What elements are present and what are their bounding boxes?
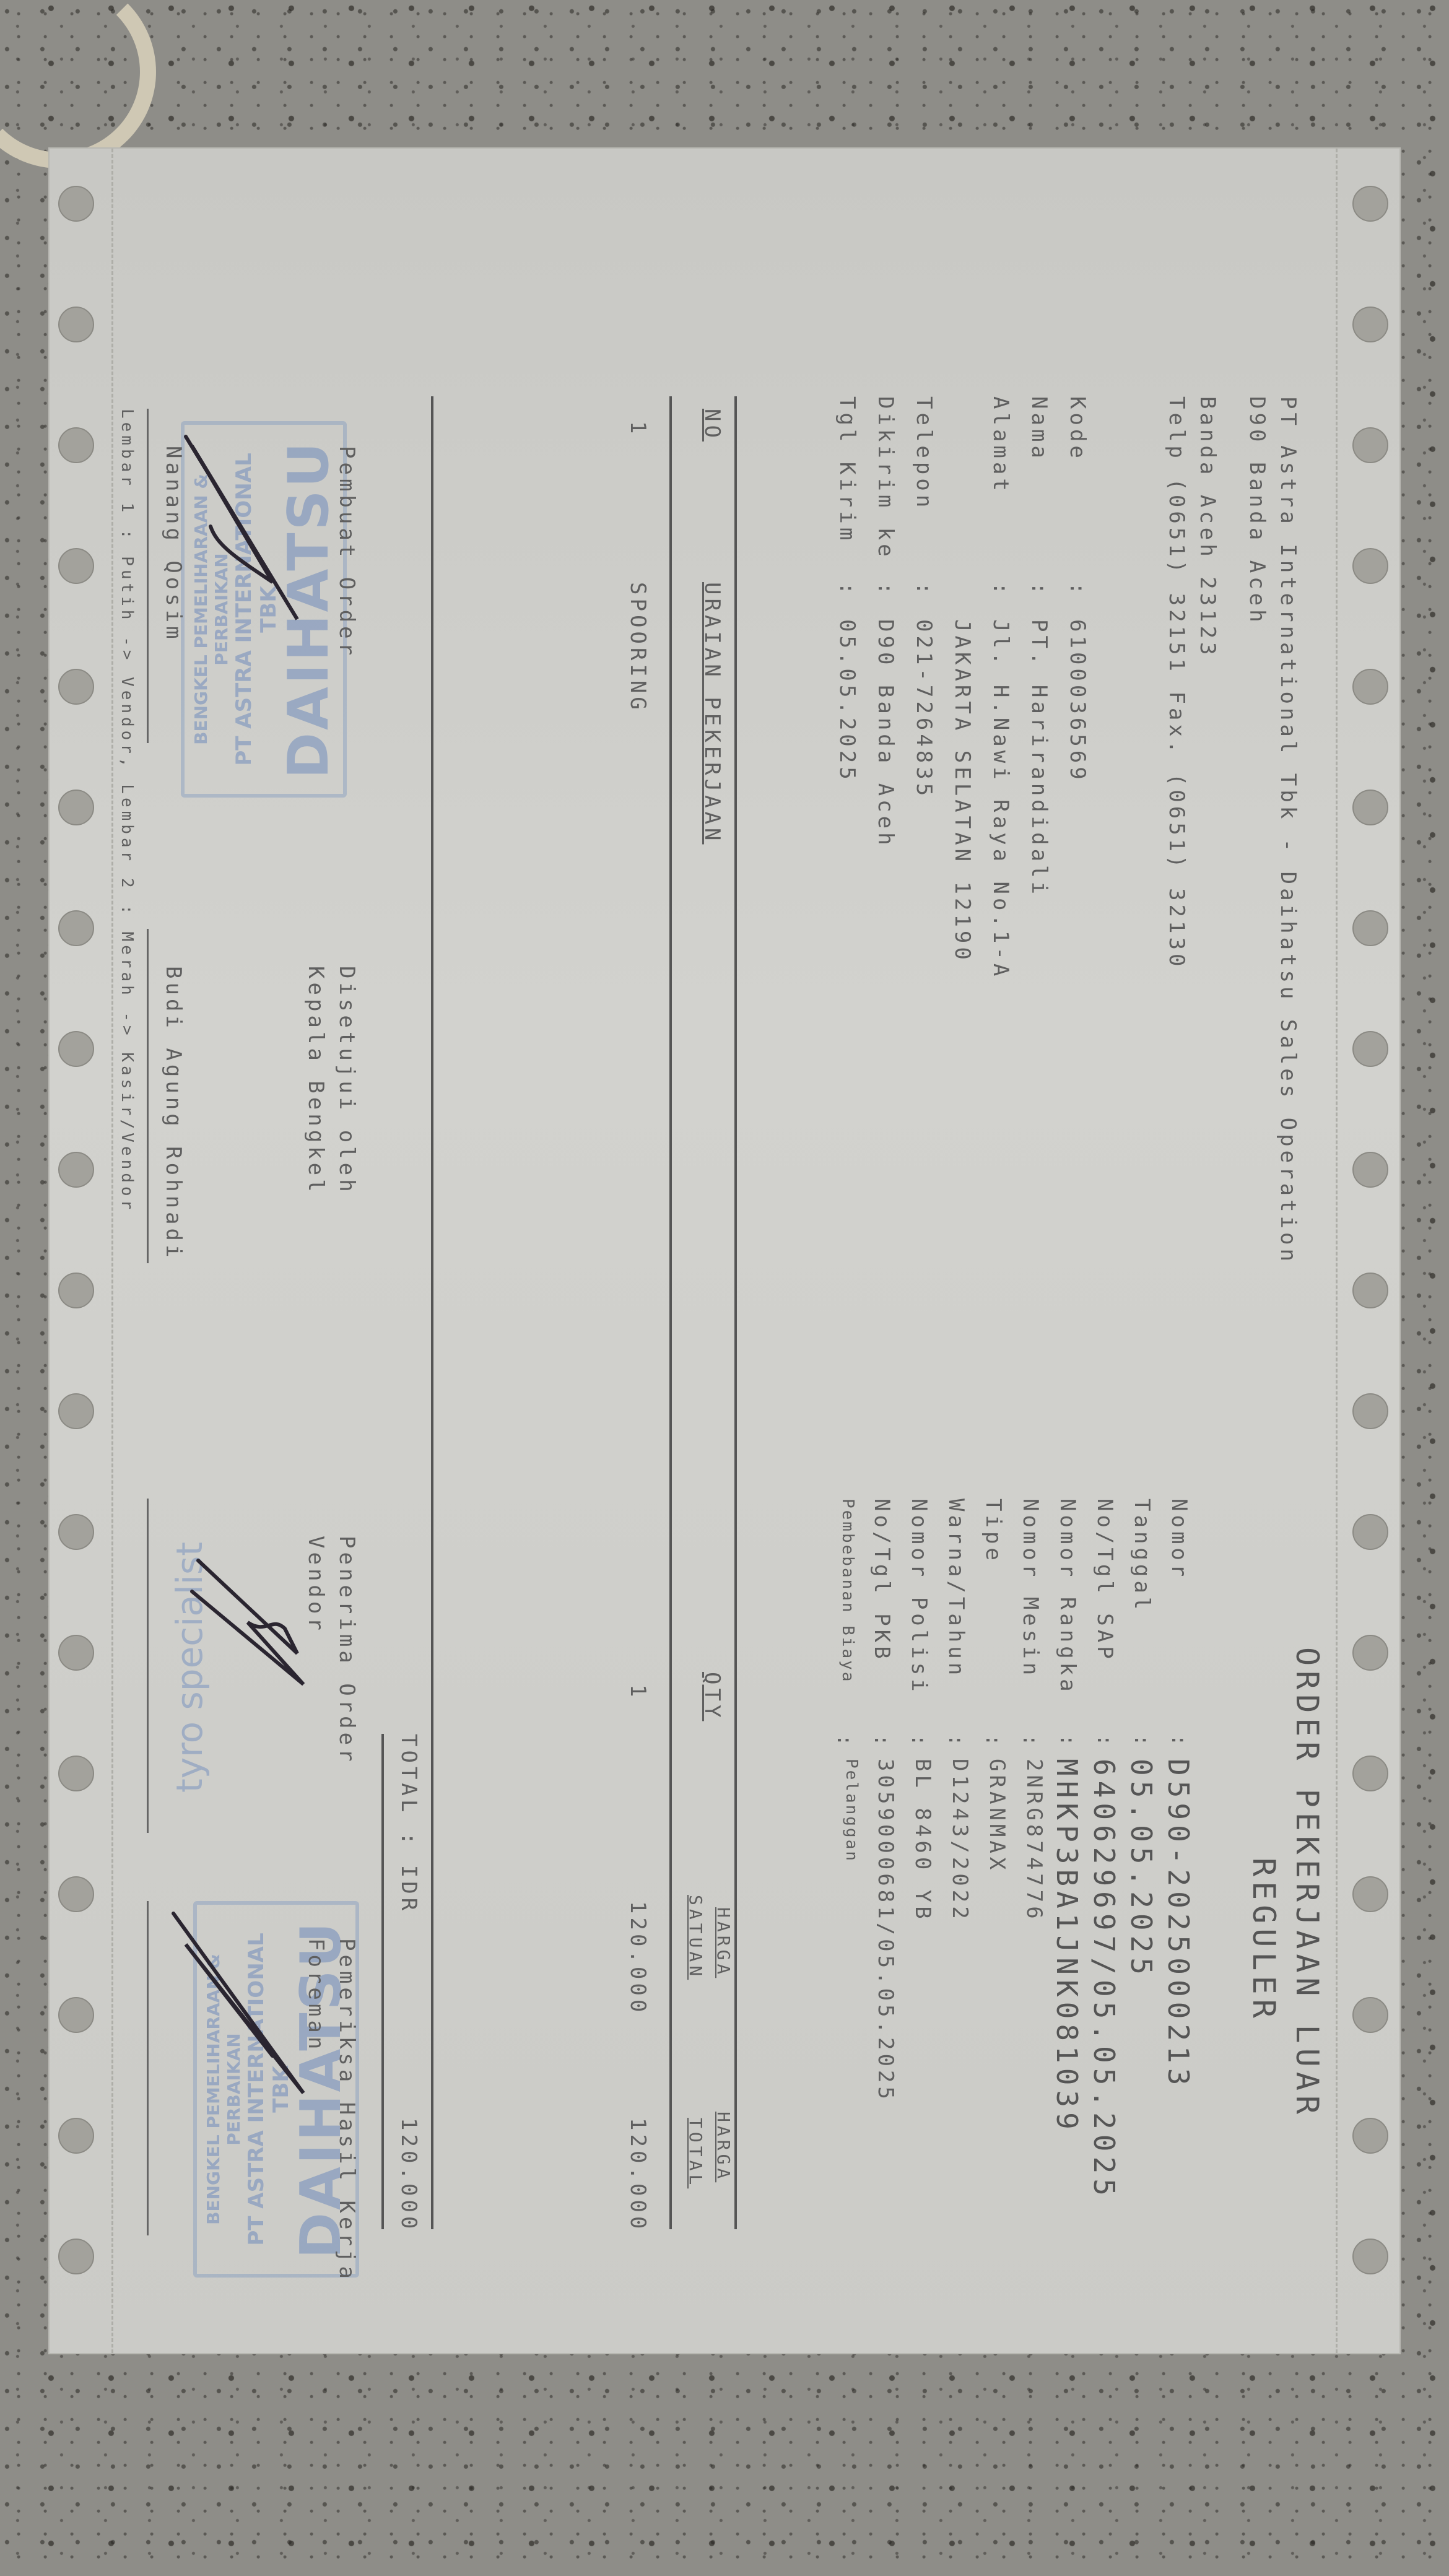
vendor-field-value: PT. Harirandidali bbox=[1027, 619, 1051, 898]
company-city: Banda Aceh 23123 bbox=[1195, 396, 1220, 659]
sprocket-hole bbox=[58, 790, 94, 825]
vendor-field-colon: : bbox=[1065, 582, 1090, 598]
perforation-bottom bbox=[111, 149, 113, 2353]
order-field-label: Nomor bbox=[1167, 1499, 1191, 1580]
order-field-colon: : bbox=[832, 1734, 857, 1750]
sprocket-hole bbox=[58, 427, 94, 463]
order-field-label: Tipe bbox=[981, 1499, 1006, 1564]
sprocket-hole bbox=[1352, 2118, 1388, 2154]
order-field-label: Tanggal bbox=[1129, 1499, 1154, 1613]
order-field-label: Pembebanan Biaya bbox=[838, 1499, 857, 1683]
order-field-label: Nomor Mesin bbox=[1018, 1499, 1043, 1679]
signature-role: Pembuat Order bbox=[334, 446, 359, 659]
order-field-value: D590-2025000213 bbox=[1162, 1759, 1195, 2090]
order-field-colon: : bbox=[944, 1734, 968, 1750]
document-photo: PT Astra International Tbk - Daihatsu Sa… bbox=[25, 149, 1424, 2353]
sprocket-hole bbox=[1352, 1393, 1388, 1429]
order-field-value: 2NRG874776 bbox=[1022, 1759, 1046, 1923]
sprocket-hole bbox=[58, 2239, 94, 2274]
total-value: 120.000 bbox=[396, 2118, 421, 2232]
signature-line bbox=[147, 1499, 149, 1833]
sprocket-hole bbox=[1352, 1997, 1388, 2033]
vendor-field-label: Dikirim ke bbox=[873, 396, 898, 560]
signature-role: Pemeriksa Hasil Kerja bbox=[334, 1938, 359, 2282]
sprocket-hole bbox=[58, 669, 94, 705]
order-field-label: Nomor Polisi bbox=[907, 1499, 931, 1695]
vendor-field-value: D90 Banda Aceh bbox=[873, 619, 898, 849]
row-no: 1 bbox=[625, 421, 650, 437]
order-field-label: Warna/Tahun bbox=[944, 1499, 968, 1679]
signature-role-sub: Kepala Bengkel bbox=[303, 966, 328, 1196]
table-bottom-rule bbox=[431, 396, 433, 2229]
company-name: PT Astra International Tbk - Daihatsu Sa… bbox=[1276, 396, 1300, 1265]
sprocket-hole bbox=[58, 307, 94, 342]
sprocket-hole bbox=[1352, 1876, 1388, 1912]
sprocket-hole bbox=[1352, 2239, 1388, 2274]
order-field-colon: : bbox=[1018, 1734, 1043, 1750]
document-title: ORDER PEKERJAAN LUAR bbox=[1289, 1647, 1325, 2119]
vendor-field-value: 021-7264835 bbox=[912, 619, 936, 799]
row-unit-price: 120.000 bbox=[625, 1901, 650, 2016]
sprocket-hole bbox=[58, 1393, 94, 1429]
company-branch: D90 Banda Aceh bbox=[1245, 396, 1269, 626]
vendor-field-value: Jl. H.Nawi Raya No.1-A bbox=[988, 619, 1013, 980]
row-description: SPOORING bbox=[625, 582, 650, 713]
vendor-field-value: 6100036569 bbox=[1065, 619, 1090, 783]
order-field-value: BL 8460 YB bbox=[910, 1759, 935, 1923]
order-field-value: MHKP3BA1JNK081039 bbox=[1050, 1759, 1084, 2134]
vendor-field-label: Telepon bbox=[912, 396, 936, 511]
order-field-value: 3059000681/05.05.2025 bbox=[873, 1759, 898, 2103]
signature-role: Penerima Order bbox=[334, 1536, 359, 1765]
order-field-colon: : bbox=[1055, 1734, 1080, 1750]
sprocket-hole bbox=[1352, 548, 1388, 584]
sprocket-hole bbox=[58, 1514, 94, 1550]
signature-foreman bbox=[167, 1907, 310, 2105]
order-field-value: GRANMAX bbox=[985, 1759, 1009, 1873]
sprocket-hole bbox=[1352, 1635, 1388, 1671]
sprocket-hole bbox=[1352, 910, 1388, 946]
sprocket-holes-bottom bbox=[56, 149, 99, 2353]
sprocket-hole bbox=[1352, 427, 1388, 463]
document-subtitle: REGULER bbox=[1246, 1858, 1282, 2023]
vendor-field-value: 05.05.2025 bbox=[835, 619, 859, 783]
company-phone: Telp (0651) 32151 Fax. (0651) 32130 bbox=[1164, 396, 1189, 970]
row-total-price: 120.000 bbox=[625, 2118, 650, 2232]
signature-pembuat-order bbox=[173, 433, 310, 632]
sprocket-hole bbox=[1352, 1031, 1388, 1067]
vendor-field-label: Alamat bbox=[988, 396, 1013, 495]
sprocket-hole bbox=[1352, 1152, 1388, 1188]
order-field-value: 640629697/05.05.2025 bbox=[1087, 1759, 1121, 2201]
sprocket-hole bbox=[1352, 1273, 1388, 1308]
vendor-field-label: Nama bbox=[1027, 396, 1051, 462]
sprocket-hole bbox=[58, 1031, 94, 1067]
col-header-description: URAIAN PEKERJAAN bbox=[700, 582, 724, 845]
sprocket-holes-top bbox=[1350, 149, 1393, 2353]
sprocket-hole bbox=[58, 1273, 94, 1308]
vendor-field-label: Kode bbox=[1065, 396, 1090, 462]
order-field-colon: : bbox=[869, 1734, 894, 1750]
order-field-value: Pelanggan bbox=[842, 1759, 861, 1863]
vendor-field-colon: : bbox=[988, 582, 1013, 598]
signature-role: Disetujui oleh bbox=[334, 966, 359, 1196]
order-form-paper: PT Astra International Tbk - Daihatsu Sa… bbox=[50, 149, 1399, 2353]
order-field-colon: : bbox=[1167, 1734, 1191, 1750]
col-header-unit-price-2: SATUAN bbox=[685, 1895, 706, 1980]
order-field-colon: : bbox=[981, 1734, 1006, 1750]
order-field-colon: : bbox=[907, 1734, 931, 1750]
sprocket-hole bbox=[1352, 186, 1388, 222]
order-field-label: Nomor Rangka bbox=[1055, 1499, 1080, 1695]
sprocket-hole bbox=[58, 1152, 94, 1188]
col-header-total-price-2: TOTAL bbox=[685, 2118, 706, 2188]
row-qty: 1 bbox=[625, 1684, 650, 1700]
vendor-field-label: Tgl Kirim bbox=[835, 396, 859, 544]
order-field-value: D1243/2022 bbox=[947, 1759, 972, 1923]
sprocket-hole bbox=[58, 2118, 94, 2154]
order-field-label: No/Tgl PKB bbox=[869, 1499, 894, 1663]
order-field-colon: : bbox=[1129, 1734, 1154, 1750]
sprocket-hole bbox=[58, 186, 94, 222]
sprocket-hole bbox=[1352, 790, 1388, 825]
order-field-label: No/Tgl SAP bbox=[1092, 1499, 1117, 1663]
signature-name: Budi Agung Rohnadi bbox=[161, 966, 186, 1261]
sprocket-hole bbox=[1352, 1756, 1388, 1791]
vendor-field-colon: : bbox=[873, 582, 898, 598]
sprocket-hole bbox=[58, 1876, 94, 1912]
signature-line bbox=[147, 1901, 149, 2235]
sprocket-hole bbox=[1352, 1514, 1388, 1550]
copies-note: Lembar 1 : Putih -> Vendor, Lembar 2 : M… bbox=[118, 409, 136, 1213]
sprocket-hole bbox=[1352, 307, 1388, 342]
cable-decoration bbox=[0, 0, 156, 168]
signature-line bbox=[147, 929, 149, 1263]
col-header-qty: QTY bbox=[700, 1672, 724, 1721]
col-header-total-price-1: HARGA bbox=[713, 2112, 734, 2182]
sprocket-hole bbox=[58, 910, 94, 946]
sprocket-hole bbox=[58, 1756, 94, 1791]
sprocket-hole bbox=[1352, 669, 1388, 705]
vendor-field-colon: : bbox=[912, 582, 936, 598]
table-header-rule bbox=[669, 396, 672, 2229]
total-label: TOTAL : IDR bbox=[396, 1734, 421, 1914]
col-header-no: NO bbox=[700, 409, 724, 442]
signature-vendor bbox=[186, 1554, 310, 1715]
vendor-field-colon: : bbox=[835, 582, 859, 598]
col-header-unit-price-1: HARGA bbox=[713, 1907, 734, 1978]
sprocket-hole bbox=[58, 1997, 94, 2033]
vendor-field-value: JAKARTA SELATAN 12190 bbox=[950, 619, 975, 964]
sprocket-hole bbox=[58, 1635, 94, 1671]
signature-line bbox=[147, 409, 149, 743]
perforation-top bbox=[1336, 149, 1338, 2353]
sprocket-hole bbox=[58, 548, 94, 584]
table-top-rule bbox=[734, 396, 737, 2229]
order-field-value: 05.05.2025 bbox=[1125, 1759, 1158, 1980]
vendor-field-colon: : bbox=[1027, 582, 1051, 598]
total-rule bbox=[381, 1734, 384, 2229]
order-field-colon: : bbox=[1092, 1734, 1117, 1750]
